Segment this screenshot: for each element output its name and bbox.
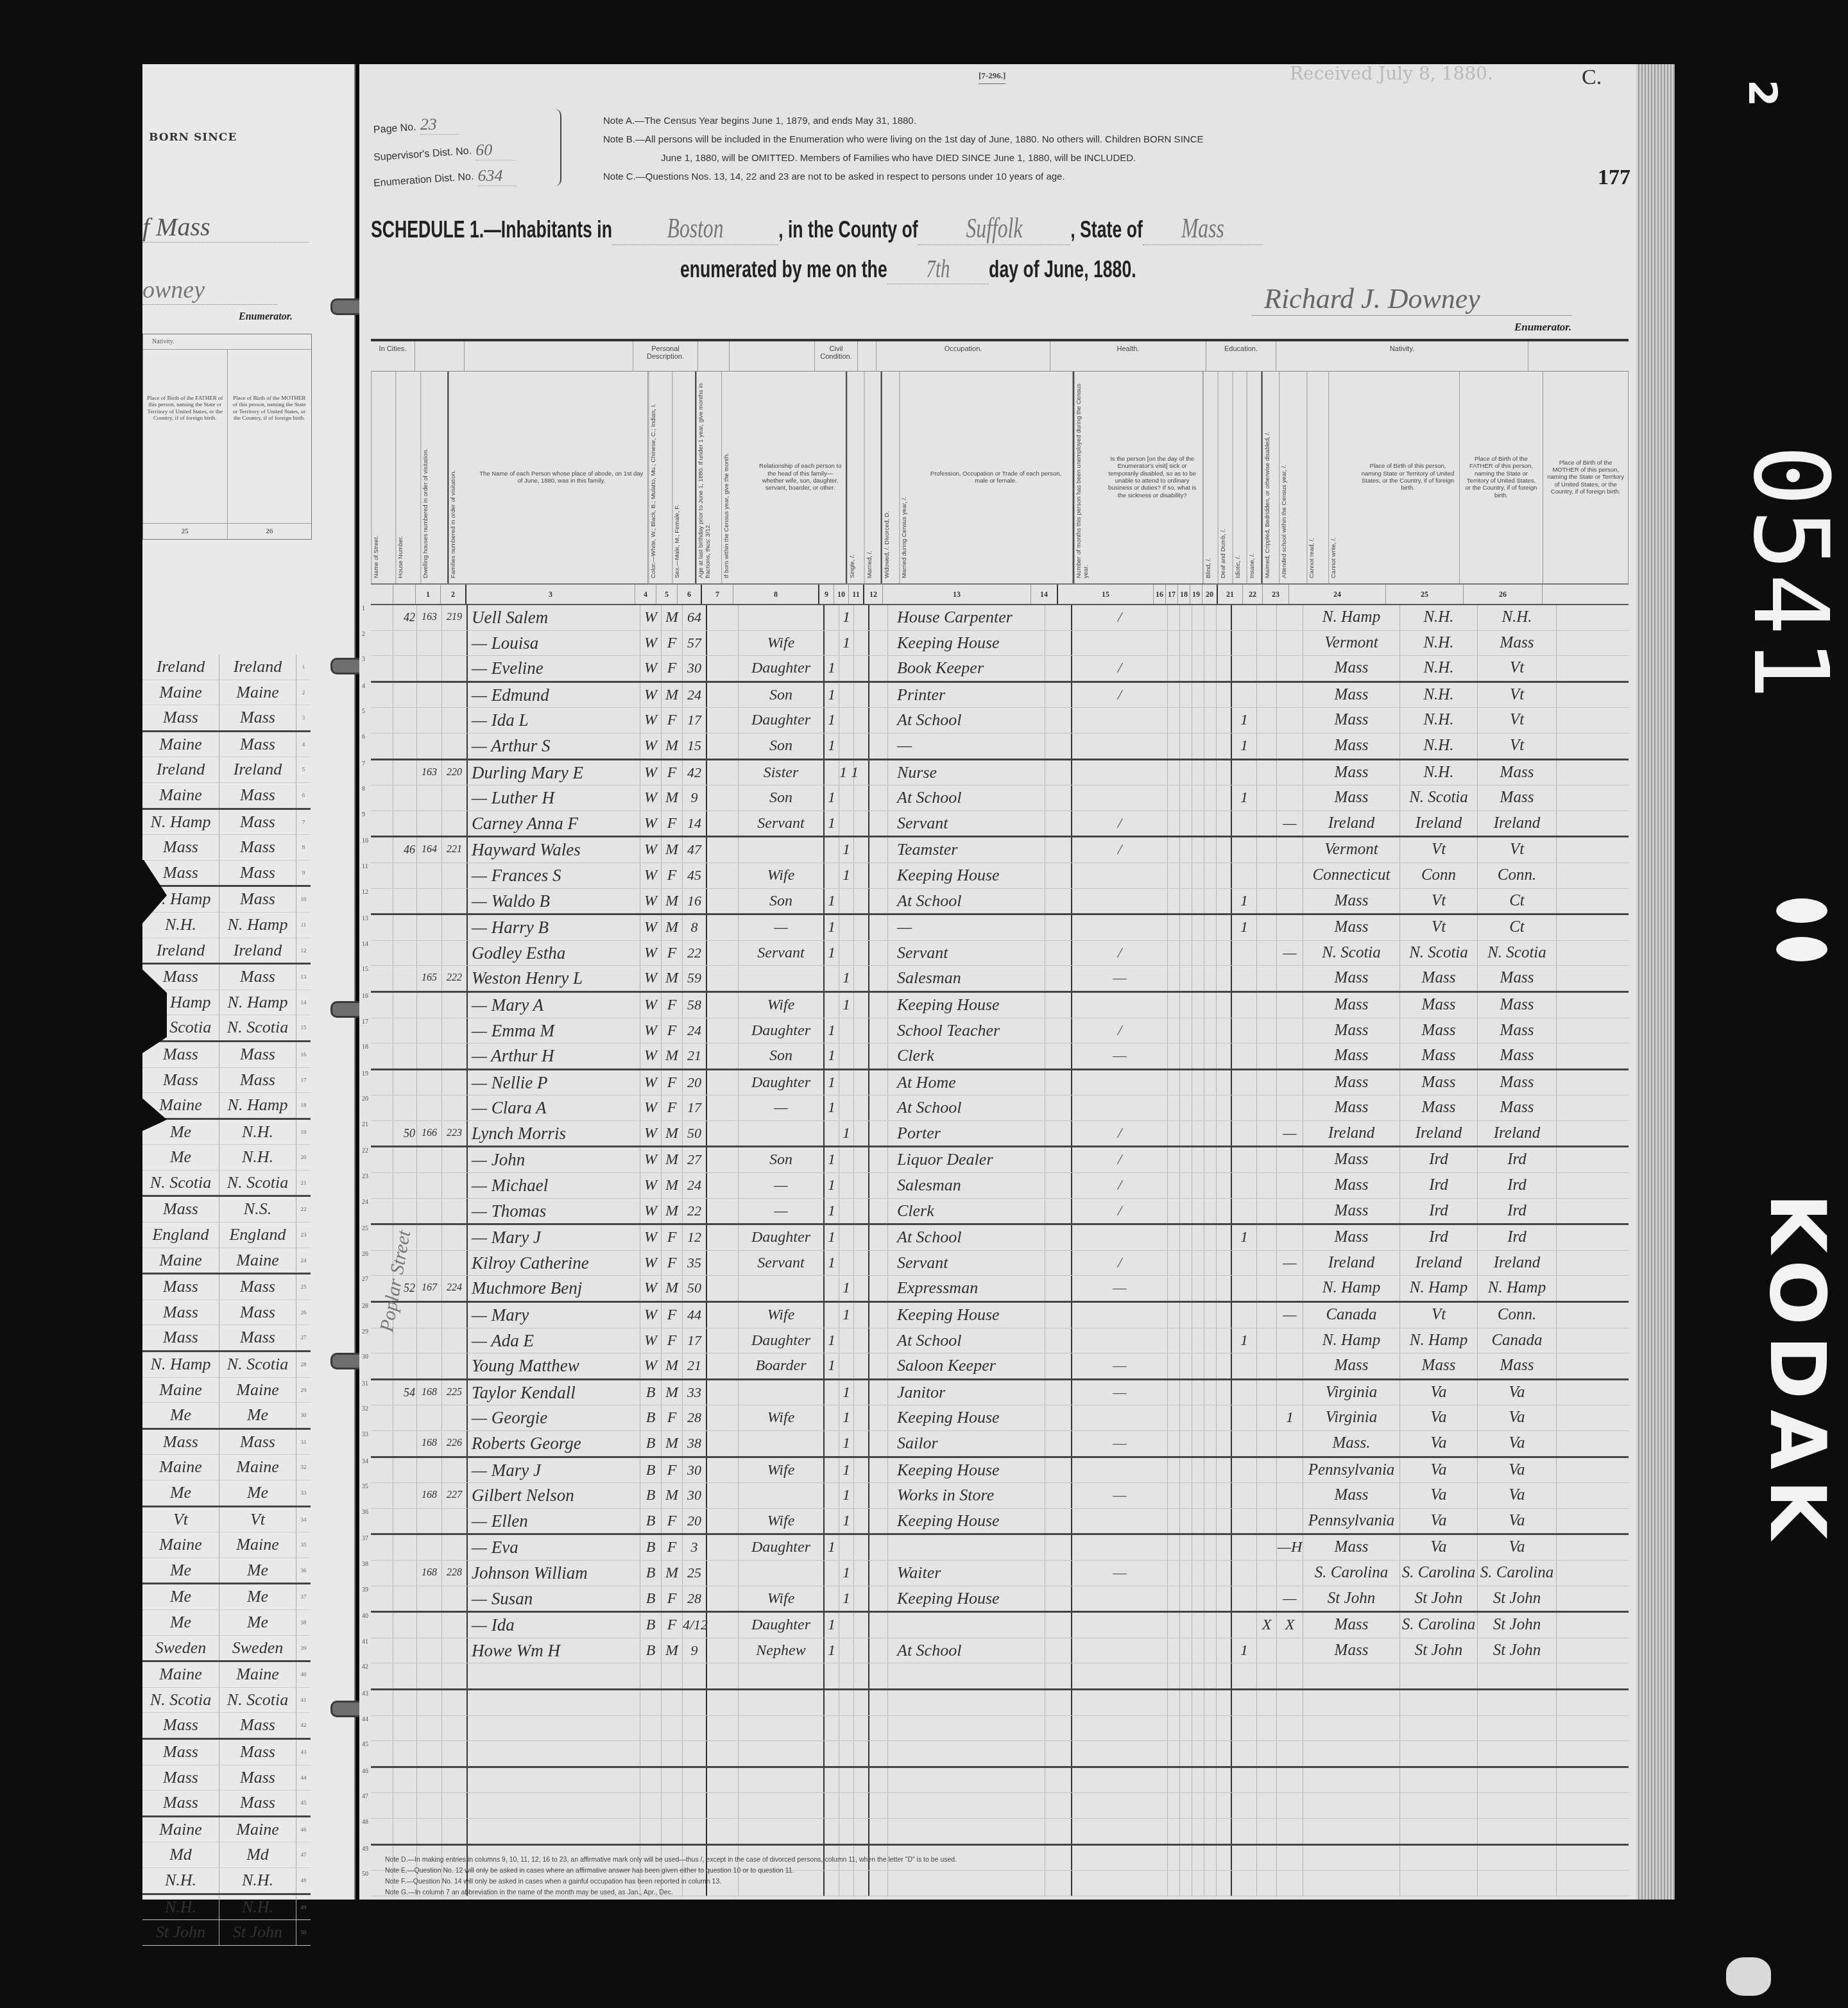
cell-school: 1 — [1232, 915, 1257, 940]
cell-age: 35 — [683, 1251, 707, 1276]
cell-mpob — [1478, 1819, 1557, 1844]
cell-mdc — [869, 1613, 888, 1638]
cell-month — [707, 1768, 739, 1793]
cell-month — [707, 605, 739, 630]
cell-name: — Ellen — [468, 1509, 640, 1534]
cell-married — [839, 941, 854, 966]
cell-rel: Son — [739, 889, 825, 914]
cell-house: 42 — [393, 605, 417, 630]
cell-occ — [888, 1768, 1045, 1793]
cell-house — [393, 1716, 417, 1741]
cell-color: B — [640, 1613, 662, 1638]
left-table-row: MassMass26 — [142, 1300, 311, 1326]
note-f: Note F.—Question No. 14 will only be ask… — [385, 1876, 957, 1887]
left-row-number: 33 — [296, 1480, 311, 1506]
left-father-birthplace: Maine — [142, 1817, 219, 1842]
cell-cr — [1257, 1483, 1277, 1508]
cell-cr — [1257, 1380, 1277, 1405]
cell-sex: M — [662, 1353, 683, 1378]
cell-house — [393, 1147, 417, 1172]
table-row: 38168228Johnson WilliamBM251Waiter—S. Ca… — [371, 1561, 1629, 1586]
cell-single — [825, 1276, 839, 1301]
left-father-birthplace: Mass — [142, 1274, 219, 1300]
cell-rel: Daughter — [739, 1535, 825, 1560]
left-table-row: IrelandIreland1 — [142, 655, 311, 680]
cell-dwell — [417, 1586, 442, 1611]
cell-maimed — [1217, 1276, 1232, 1301]
cell-fpob — [1400, 1871, 1478, 1896]
cell-occ: Waiter — [888, 1561, 1045, 1586]
cell-month — [707, 1793, 739, 1818]
cell-name — [468, 1819, 640, 1844]
cell-idiot — [1192, 1846, 1204, 1871]
left-mother-birthplace: Maine — [219, 1532, 296, 1557]
cell-maimed — [1217, 1431, 1232, 1456]
cell-school — [1232, 1690, 1257, 1715]
cell-dwell — [417, 1173, 442, 1198]
cell-name: Johnson William — [468, 1561, 640, 1586]
row-number-left: 9 — [362, 811, 365, 818]
cell-sick: — — [1072, 1483, 1168, 1508]
cell-name: — Luther H — [468, 785, 640, 811]
cell-sex: F — [662, 708, 683, 733]
cell-cw — [1277, 1199, 1303, 1224]
cell-single: 1 — [825, 1613, 839, 1638]
cell-mpob: Mass — [1478, 993, 1557, 1018]
cell-blind — [1168, 941, 1180, 966]
left-father-birthplace: N.H. — [142, 913, 219, 938]
cell-name — [468, 1741, 640, 1766]
cell-idiot — [1192, 1613, 1204, 1638]
cell-cr — [1257, 1225, 1277, 1250]
cell-month — [707, 1819, 739, 1844]
cell-blind — [1168, 1483, 1180, 1508]
cell-deaf — [1180, 1690, 1192, 1715]
table-row: 15165222Weston Henry LWM591Salesman—Mass… — [371, 966, 1629, 993]
cell-occ: Porter — [888, 1121, 1045, 1146]
left-mother-birthplace: England — [219, 1223, 296, 1248]
cell-cw — [1277, 1458, 1303, 1483]
left-row-number: 8 — [296, 835, 311, 860]
cell-pob: Pennsylvania — [1303, 1509, 1400, 1534]
cell-fpob: St John — [1400, 1586, 1478, 1611]
cell-cr — [1257, 1561, 1277, 1586]
cell-blind — [1168, 1846, 1180, 1871]
cell-dwell — [417, 915, 442, 940]
cell-cw — [1277, 1173, 1303, 1198]
cell-age — [683, 1768, 707, 1793]
cell-deaf — [1180, 1846, 1192, 1871]
cell-sex: F — [662, 656, 683, 681]
cell-unemp — [1045, 1793, 1072, 1818]
cell-unemp — [1045, 1276, 1072, 1301]
cell-age — [683, 1716, 707, 1741]
cell-color — [640, 1690, 662, 1715]
left-row-number: 40 — [296, 1662, 311, 1687]
cell-color: W — [640, 966, 662, 991]
cell-deaf — [1180, 1121, 1192, 1146]
cell-cw — [1277, 1819, 1303, 1844]
cell-sex: F — [662, 760, 683, 785]
cell-married — [839, 1741, 854, 1766]
cell-married: 1 — [839, 1561, 854, 1586]
cell-sex: F — [662, 941, 683, 966]
cell-fam — [442, 1509, 468, 1534]
group-header-blank-5 — [730, 341, 815, 371]
cell-dwell — [417, 1535, 442, 1560]
left-mother-birthplace: Mass — [219, 1740, 296, 1765]
footnotes: Note D.—In making entries in columns 9, … — [385, 1855, 957, 1898]
cell-sick — [1072, 863, 1168, 888]
cell-cr — [1257, 1741, 1277, 1766]
row-number-left: 46 — [362, 1768, 368, 1775]
cell-cw — [1277, 683, 1303, 708]
cell-idiot — [1192, 1819, 1204, 1844]
cell-pob: N. Hamp — [1303, 605, 1400, 630]
cell-idiot — [1192, 1405, 1204, 1430]
cell-month — [707, 1483, 739, 1508]
cell-blind — [1168, 1303, 1180, 1328]
cell-dwell — [417, 1458, 442, 1483]
cell-school — [1232, 1043, 1257, 1068]
cell-occ: Book Keeper — [888, 656, 1045, 681]
cell-unemp — [1045, 1741, 1072, 1766]
column-number-name: 3 — [466, 585, 635, 604]
cell-married — [839, 708, 854, 733]
cell-occ: Expressman — [888, 1276, 1045, 1301]
cell-widowed — [854, 811, 869, 836]
cell-name: — Ada E — [468, 1328, 640, 1353]
cell-insane — [1204, 1380, 1217, 1405]
cell-single — [825, 1405, 839, 1430]
cell-mdc — [869, 1716, 888, 1741]
cell-school: 1 — [1232, 889, 1257, 914]
cell-mpob: Ct — [1478, 915, 1557, 940]
cell-rel: Nephew — [739, 1638, 825, 1663]
cell-fpob: Mass — [1400, 1043, 1478, 1068]
cell-insane — [1204, 1819, 1217, 1844]
cell-single: 1 — [825, 889, 839, 914]
microfilm-dots-icon — [1776, 898, 1827, 975]
cell-dwell: 163 — [417, 605, 442, 630]
cell-cr — [1257, 1353, 1277, 1378]
left-father-birthplace: Maine — [142, 1378, 219, 1403]
cell-month — [707, 837, 739, 862]
cell-fpob: Vt — [1400, 915, 1478, 940]
cell-occ: Keeping House — [888, 631, 1045, 656]
cell-single — [825, 993, 839, 1018]
cell-street — [371, 1353, 393, 1378]
cell-house — [393, 1793, 417, 1818]
cell-single: 1 — [825, 1535, 839, 1560]
cell-insane — [1204, 1871, 1217, 1896]
cell-sex — [662, 1819, 683, 1844]
column-number-mpob: 26 — [1464, 585, 1543, 604]
cell-idiot — [1192, 1483, 1204, 1508]
cell-school — [1232, 1405, 1257, 1430]
left-row-number: 18 — [296, 1093, 311, 1118]
cell-maimed — [1217, 889, 1232, 914]
left-row-number: 7 — [296, 810, 311, 835]
column-number-married: 10 — [834, 585, 849, 604]
cell-married: 1 — [839, 1276, 854, 1301]
cell-cr — [1257, 1405, 1277, 1430]
cell-pob: Mass — [1303, 656, 1400, 681]
cell-month — [707, 1638, 739, 1663]
row-number-left: 13 — [362, 915, 368, 922]
cell-deaf — [1180, 1613, 1192, 1638]
cell-occ: Liquor Dealer — [888, 1147, 1045, 1172]
cell-sex — [662, 1663, 683, 1688]
cell-pob: N. Hamp — [1303, 1276, 1400, 1301]
cell-cr — [1257, 941, 1277, 966]
group-header-occupation: Occupation. — [877, 341, 1050, 371]
left-father-birthplace: Maine — [142, 1455, 219, 1480]
state-label: , State of — [1070, 216, 1143, 243]
cell-idiot — [1192, 1741, 1204, 1766]
left-table-row: N.H.N. Hamp11 — [142, 913, 311, 938]
cell-fam — [442, 1458, 468, 1483]
cell-rel: Son — [739, 734, 825, 759]
cell-mdc — [869, 1353, 888, 1378]
cell-school — [1232, 631, 1257, 656]
cell-house — [393, 1638, 417, 1663]
cell-unemp — [1045, 1768, 1072, 1793]
row-number-left: 41 — [362, 1638, 368, 1645]
row-number-left: 25 — [362, 1225, 368, 1232]
cell-deaf — [1180, 811, 1192, 836]
left-father-birthplace: Me — [142, 1584, 219, 1609]
table-row: 34— Mary JBF30Wife1Keeping HousePennsylv… — [371, 1458, 1629, 1484]
cell-fpob: Vt — [1400, 889, 1478, 914]
stamped-page-number: 177 — [1598, 166, 1630, 190]
cell-school — [1232, 1121, 1257, 1146]
left-table-row: MassMass8 — [142, 835, 311, 861]
cell-school — [1232, 1586, 1257, 1611]
cell-mdc — [869, 889, 888, 914]
enumeration-dist-value: 634 — [478, 166, 517, 186]
cell-cr — [1257, 811, 1277, 836]
cell-maimed — [1217, 1586, 1232, 1611]
cell-fam — [442, 1663, 468, 1688]
enumeration-date: enumerated by me on the 7th day of June,… — [680, 253, 1136, 284]
cell-school — [1232, 1251, 1257, 1276]
cell-widowed — [854, 1741, 869, 1766]
cell-rel — [739, 1431, 825, 1456]
cell-street — [371, 1741, 393, 1766]
cell-unemp — [1045, 1121, 1072, 1146]
cell-street — [371, 1793, 393, 1818]
cell-street — [371, 1095, 393, 1120]
row-number-left: 17 — [362, 1018, 368, 1025]
cell-married: 1 — [839, 1458, 854, 1483]
cell-sex: M — [662, 1043, 683, 1068]
cell-single — [825, 1741, 839, 1766]
cell-sex: F — [662, 811, 683, 836]
cell-pob: St John — [1303, 1586, 1400, 1611]
census-table: In Cities.Personal Description.Civil Con… — [371, 339, 1629, 1896]
cell-rel: Son — [739, 1147, 825, 1172]
cell-unemp — [1045, 605, 1072, 630]
cell-mdc — [869, 1380, 888, 1405]
cell-single: 1 — [825, 941, 839, 966]
cell-married: 1 — [839, 1483, 854, 1508]
cell-deaf — [1180, 1509, 1192, 1534]
row-number-left: 19 — [362, 1070, 368, 1077]
group-header-in_cities: In Cities. — [371, 341, 415, 371]
cell-mpob: Mass — [1478, 1095, 1557, 1120]
cell-deaf — [1180, 1043, 1192, 1068]
left-row-number: 20 — [296, 1145, 311, 1170]
cell-age: 47 — [683, 837, 707, 862]
left-mother-birthplace: N. Scotia — [219, 1171, 296, 1196]
cell-insane — [1204, 785, 1217, 811]
cell-fam — [442, 1173, 468, 1198]
cell-idiot — [1192, 1509, 1204, 1534]
cell-insane — [1204, 1121, 1217, 1146]
cell-blind — [1168, 811, 1180, 836]
cell-month — [707, 1380, 739, 1405]
cell-maimed — [1217, 941, 1232, 966]
cell-blind — [1168, 889, 1180, 914]
cell-month — [707, 1328, 739, 1353]
cell-rel: Wife — [739, 1458, 825, 1483]
column-number-cr: 22 — [1243, 585, 1263, 604]
cell-cw — [1277, 656, 1303, 681]
cell-unemp — [1045, 708, 1072, 733]
cell-school: 1 — [1232, 734, 1257, 759]
cell-name: Muchmore Benj — [468, 1276, 640, 1301]
left-mother-birthplace: Mass — [219, 1790, 296, 1815]
cell-pob — [1303, 1690, 1400, 1715]
cell-dwell — [417, 1251, 442, 1276]
cell-maimed — [1217, 1225, 1232, 1250]
left-table-row: VtVt34 — [142, 1507, 311, 1533]
cell-occ — [888, 1793, 1045, 1818]
table-row: 4444 — [371, 1716, 1629, 1742]
cell-sick: — — [1072, 1380, 1168, 1405]
cell-house — [393, 785, 417, 811]
cell-dwell: 168 — [417, 1483, 442, 1508]
cell-unemp — [1045, 1225, 1072, 1250]
row-number-left: 23 — [362, 1173, 368, 1180]
cell-mpob: Va — [1478, 1509, 1557, 1534]
cell-color: B — [640, 1561, 662, 1586]
cell-school: 1 — [1232, 708, 1257, 733]
cell-maimed — [1217, 1663, 1232, 1688]
cell-mpob: Va — [1478, 1535, 1557, 1560]
cell-rel: Wife — [739, 993, 825, 1018]
row-number-left: 8 — [362, 785, 365, 793]
cell-dwell — [417, 1070, 442, 1095]
cell-age: 17 — [683, 708, 707, 733]
cell-cw — [1277, 1509, 1303, 1534]
cell-mpob: Mass — [1478, 1353, 1557, 1378]
cell-cr — [1257, 1251, 1277, 1276]
cell-deaf — [1180, 1561, 1192, 1586]
column-group-headers: In Cities.Personal Description.Civil Con… — [371, 341, 1629, 372]
cell-occ: At School — [888, 1225, 1045, 1250]
column-number-blind: 16 — [1154, 585, 1166, 604]
cell-idiot — [1192, 1276, 1204, 1301]
cell-widowed — [854, 1458, 869, 1483]
cell-street — [371, 1018, 393, 1043]
column-number-age: 6 — [678, 585, 702, 604]
cell-married: 1 — [839, 1121, 854, 1146]
cell-unemp — [1045, 656, 1072, 681]
cell-fpob: N. Hamp — [1400, 1328, 1478, 1353]
row-number-left: 49 — [362, 1846, 368, 1853]
cell-blind — [1168, 1018, 1180, 1043]
cell-color: B — [640, 1638, 662, 1663]
cell-fpob: Vt — [1400, 1303, 1478, 1328]
cell-age: 20 — [683, 1070, 707, 1095]
cell-sex: M — [662, 889, 683, 914]
cell-color: W — [640, 631, 662, 656]
cell-widowed — [854, 1431, 869, 1456]
cell-blind — [1168, 837, 1180, 862]
cell-name: Young Matthew — [468, 1353, 640, 1378]
table-row: 22— JohnWM27Son1Liquor Dealer/MassIrdIrd… — [371, 1147, 1629, 1173]
cell-fpob: N.H. — [1400, 708, 1478, 733]
cell-house — [393, 941, 417, 966]
cell-age: 20 — [683, 1509, 707, 1534]
cell-widowed — [854, 760, 869, 785]
cell-idiot — [1192, 1561, 1204, 1586]
cell-school — [1232, 1535, 1257, 1560]
cell-insane — [1204, 760, 1217, 785]
cell-dwell — [417, 1741, 442, 1766]
cell-sex: F — [662, 1018, 683, 1043]
cell-sex: M — [662, 1147, 683, 1172]
cell-fam — [442, 1741, 468, 1766]
cell-age: 28 — [683, 1405, 707, 1430]
cell-sex: F — [662, 1095, 683, 1120]
cell-color: W — [640, 1018, 662, 1043]
cell-insane — [1204, 734, 1217, 759]
cell-widowed — [854, 1353, 869, 1378]
cell-fam — [442, 1328, 468, 1353]
cell-deaf — [1180, 1638, 1192, 1663]
left-row-number: 28 — [296, 1352, 311, 1377]
column-number-widowed: 11 — [849, 585, 864, 604]
left-mother-birthplace: Mass — [219, 1274, 296, 1300]
cell-maimed — [1217, 1509, 1232, 1534]
left-mother-birthplace: N.H. — [219, 1120, 296, 1145]
cell-color: W — [640, 734, 662, 759]
cell-age: 24 — [683, 1173, 707, 1198]
cell-sex: F — [662, 631, 683, 656]
cell-deaf — [1180, 1586, 1192, 1611]
cell-cr — [1257, 1121, 1277, 1146]
cell-name: Uell Salem — [468, 605, 640, 630]
row-number-left: 24 — [362, 1199, 368, 1206]
left-table-row: SwedenSweden39 — [142, 1636, 311, 1663]
left-row-number: 38 — [296, 1610, 311, 1635]
left-mother-birthplace: Mass — [219, 783, 296, 808]
cell-occ: Keeping House — [888, 1509, 1045, 1534]
cell-house: 46 — [393, 837, 417, 862]
cell-widowed — [854, 1043, 869, 1068]
cell-blind — [1168, 1251, 1180, 1276]
column-number-pob: 24 — [1289, 585, 1386, 604]
cell-mdc — [869, 1768, 888, 1793]
cell-blind — [1168, 1690, 1180, 1715]
cell-idiot — [1192, 1431, 1204, 1456]
cell-fam — [442, 1535, 468, 1560]
left-col25-desc: Place of Birth of the FATHER of this per… — [143, 350, 228, 523]
cell-occ: Keeping House — [888, 1458, 1045, 1483]
